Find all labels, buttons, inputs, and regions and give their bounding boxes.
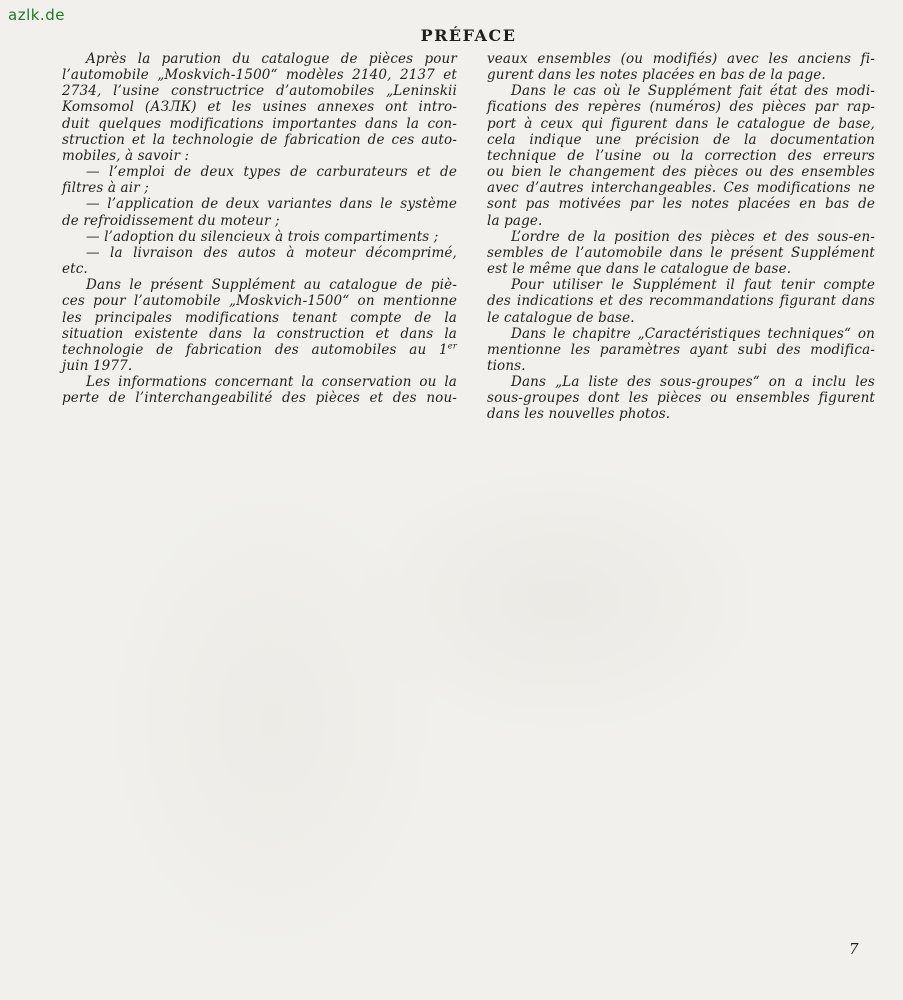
text-line: Komsomol (АЗЛК) et les usines annexes on… (62, 99, 457, 115)
text-line: sembles de l’automobile dans le présent … (487, 245, 875, 261)
text-line: struction et la technologie de fabricati… (62, 132, 457, 148)
text-line: L’ordre de la position des pièces et des… (487, 229, 875, 245)
scanned-document-page: azlk.de PRÉFACE Après la parution du cat… (0, 0, 903, 1000)
text-line: les principales modifications tenant com… (62, 310, 457, 326)
page-title: PRÉFACE (62, 26, 875, 45)
paragraph: Dans le chapitre „Caractéristiques techn… (487, 326, 875, 374)
text-line: l’automobile „Moskvich-1500“ modèles 214… (62, 67, 457, 83)
text-line: cela indique une précision de la documen… (487, 132, 875, 148)
text-line: port à ceux qui figurent dans le catalog… (487, 116, 875, 132)
paragraph: Dans „La liste des sous-groupes“ on a in… (487, 374, 875, 422)
paragraph: — l’application de deux variantes dans l… (62, 196, 457, 228)
text-line: — l’application de deux variantes dans l… (62, 196, 457, 212)
text-line: avec d’autres interchangeables. Ces modi… (487, 180, 875, 196)
text-line: des indications et des recommandations f… (487, 293, 875, 309)
paragraph: Après la parution du catalogue de pièces… (62, 51, 457, 164)
text-line: veaux ensembles (ou modifiés) avec les a… (487, 51, 875, 67)
text-line: perte de l’interchangeabilité des pièces… (62, 390, 457, 406)
text-line: duit quelques modifications importantes … (62, 116, 457, 132)
two-column-text-block: Après la parution du catalogue de pièces… (62, 51, 875, 423)
text-line: le catalogue de base. (487, 310, 875, 326)
paragraph: Dans le cas où le Supplément fait état d… (487, 83, 875, 228)
text-line: Dans le présent Supplément au catalogue … (62, 277, 457, 293)
text-line: Après la parution du catalogue de pièces… (62, 51, 457, 67)
text-line: dans les nouvelles photos. (487, 406, 875, 422)
text-line: etc. (62, 261, 457, 277)
paragraph: veaux ensembles (ou modifiés) avec les a… (487, 51, 875, 83)
text-line: sous-groupes dont les pièces ou ensemble… (487, 390, 875, 406)
right-column: veaux ensembles (ou modifiés) avec les a… (487, 51, 875, 423)
text-line: situation existente dans la construction… (62, 326, 457, 342)
text-line: mentionne les paramètres ayant subi des … (487, 342, 875, 358)
text-line: 2734, l’usine constructrice d’automobile… (62, 83, 457, 99)
text-line: sont pas motivées par les notes placées … (487, 196, 875, 212)
text-line: Les informations concernant la conservat… (62, 374, 457, 390)
text-line: Pour utiliser le Supplément il faut teni… (487, 277, 875, 293)
text-line: fications des repères (numéros) des pièc… (487, 99, 875, 115)
text-line: mobiles, à savoir : (62, 148, 457, 164)
text-line: tions. (487, 358, 875, 374)
text-line: Dans le cas où le Supplément fait état d… (487, 83, 875, 99)
text-line: est le même que dans le catalogue de bas… (487, 261, 875, 277)
watermark-azlk: azlk.de (8, 6, 65, 24)
paragraph: — l’emploi de deux types de carburateurs… (62, 164, 457, 196)
paragraph: Les informations concernant la conservat… (62, 374, 457, 406)
text-line: — l’emploi de deux types de carburateurs… (62, 164, 457, 180)
text-line: ces pour l’automobile „Moskvich-1500“ on… (62, 293, 457, 309)
text-line: Dans le chapitre „Caractéristiques techn… (487, 326, 875, 342)
paragraph: — l’adoption du silencieux à trois compa… (62, 229, 457, 245)
text-line: Dans „La liste des sous-groupes“ on a in… (487, 374, 875, 390)
paragraph: Dans le présent Supplément au catalogue … (62, 277, 457, 374)
text-line: — l’adoption du silencieux à trois compa… (62, 229, 457, 245)
left-column: Après la parution du catalogue de pièces… (62, 51, 457, 423)
text-line: juin 1977. (62, 358, 457, 374)
text-line: gurent dans les notes placées en bas de … (487, 67, 875, 83)
text-line: technique de l’usine ou la correction de… (487, 148, 875, 164)
text-line: — la livraison des autos à moteur décomp… (62, 245, 457, 261)
text-line: filtres à air ; (62, 180, 457, 196)
text-line: de refroidissement du moteur ; (62, 213, 457, 229)
text-line: ou bien le changement des pièces ou des … (487, 164, 875, 180)
paragraph: — la livraison des autos à moteur décomp… (62, 245, 457, 277)
page-number: 7 (849, 940, 859, 958)
paragraph: Pour utiliser le Supplément il faut teni… (487, 277, 875, 325)
text-line: technologie de fabrication des automobil… (62, 342, 457, 358)
text-line: la page. (487, 213, 875, 229)
paragraph: L’ordre de la position des pièces et des… (487, 229, 875, 277)
